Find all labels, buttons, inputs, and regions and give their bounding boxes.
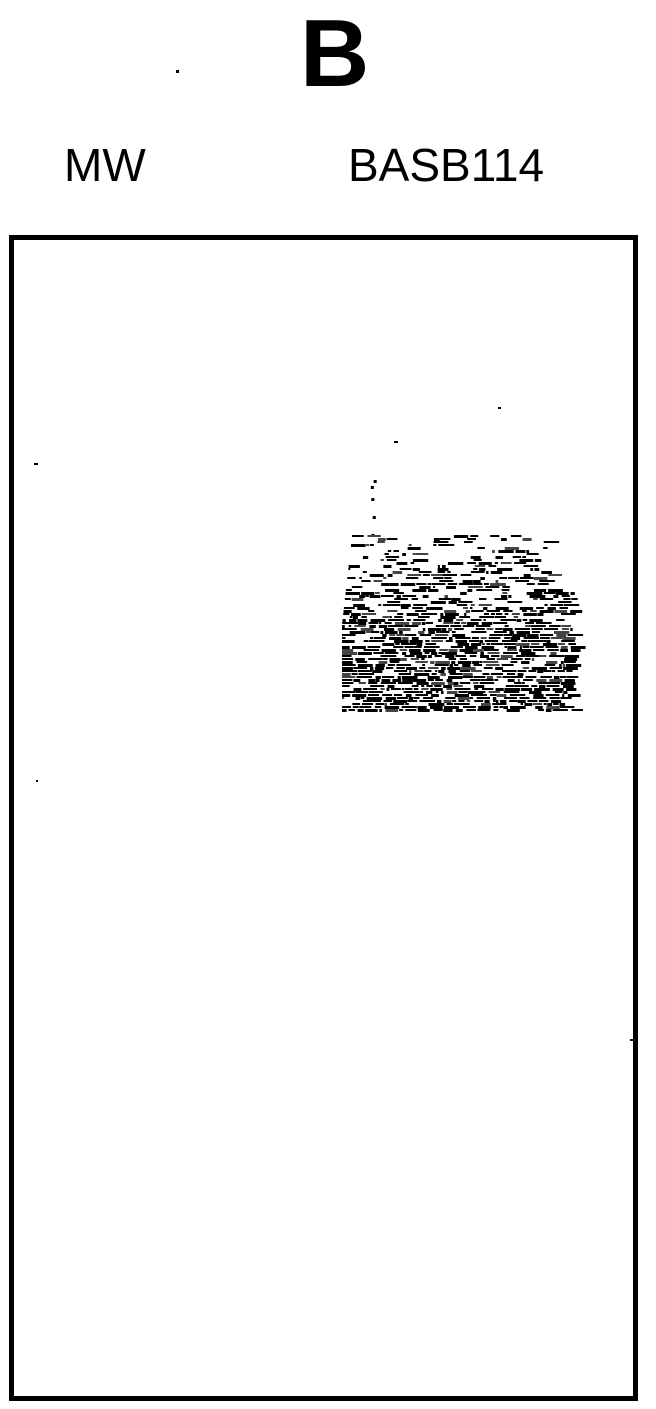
- speck: [498, 407, 501, 409]
- speck: [176, 70, 179, 73]
- protein-band: [0, 0, 656, 1409]
- speck: [394, 441, 398, 443]
- speck: [630, 1039, 636, 1041]
- speck: [36, 780, 38, 782]
- speck: [34, 463, 38, 465]
